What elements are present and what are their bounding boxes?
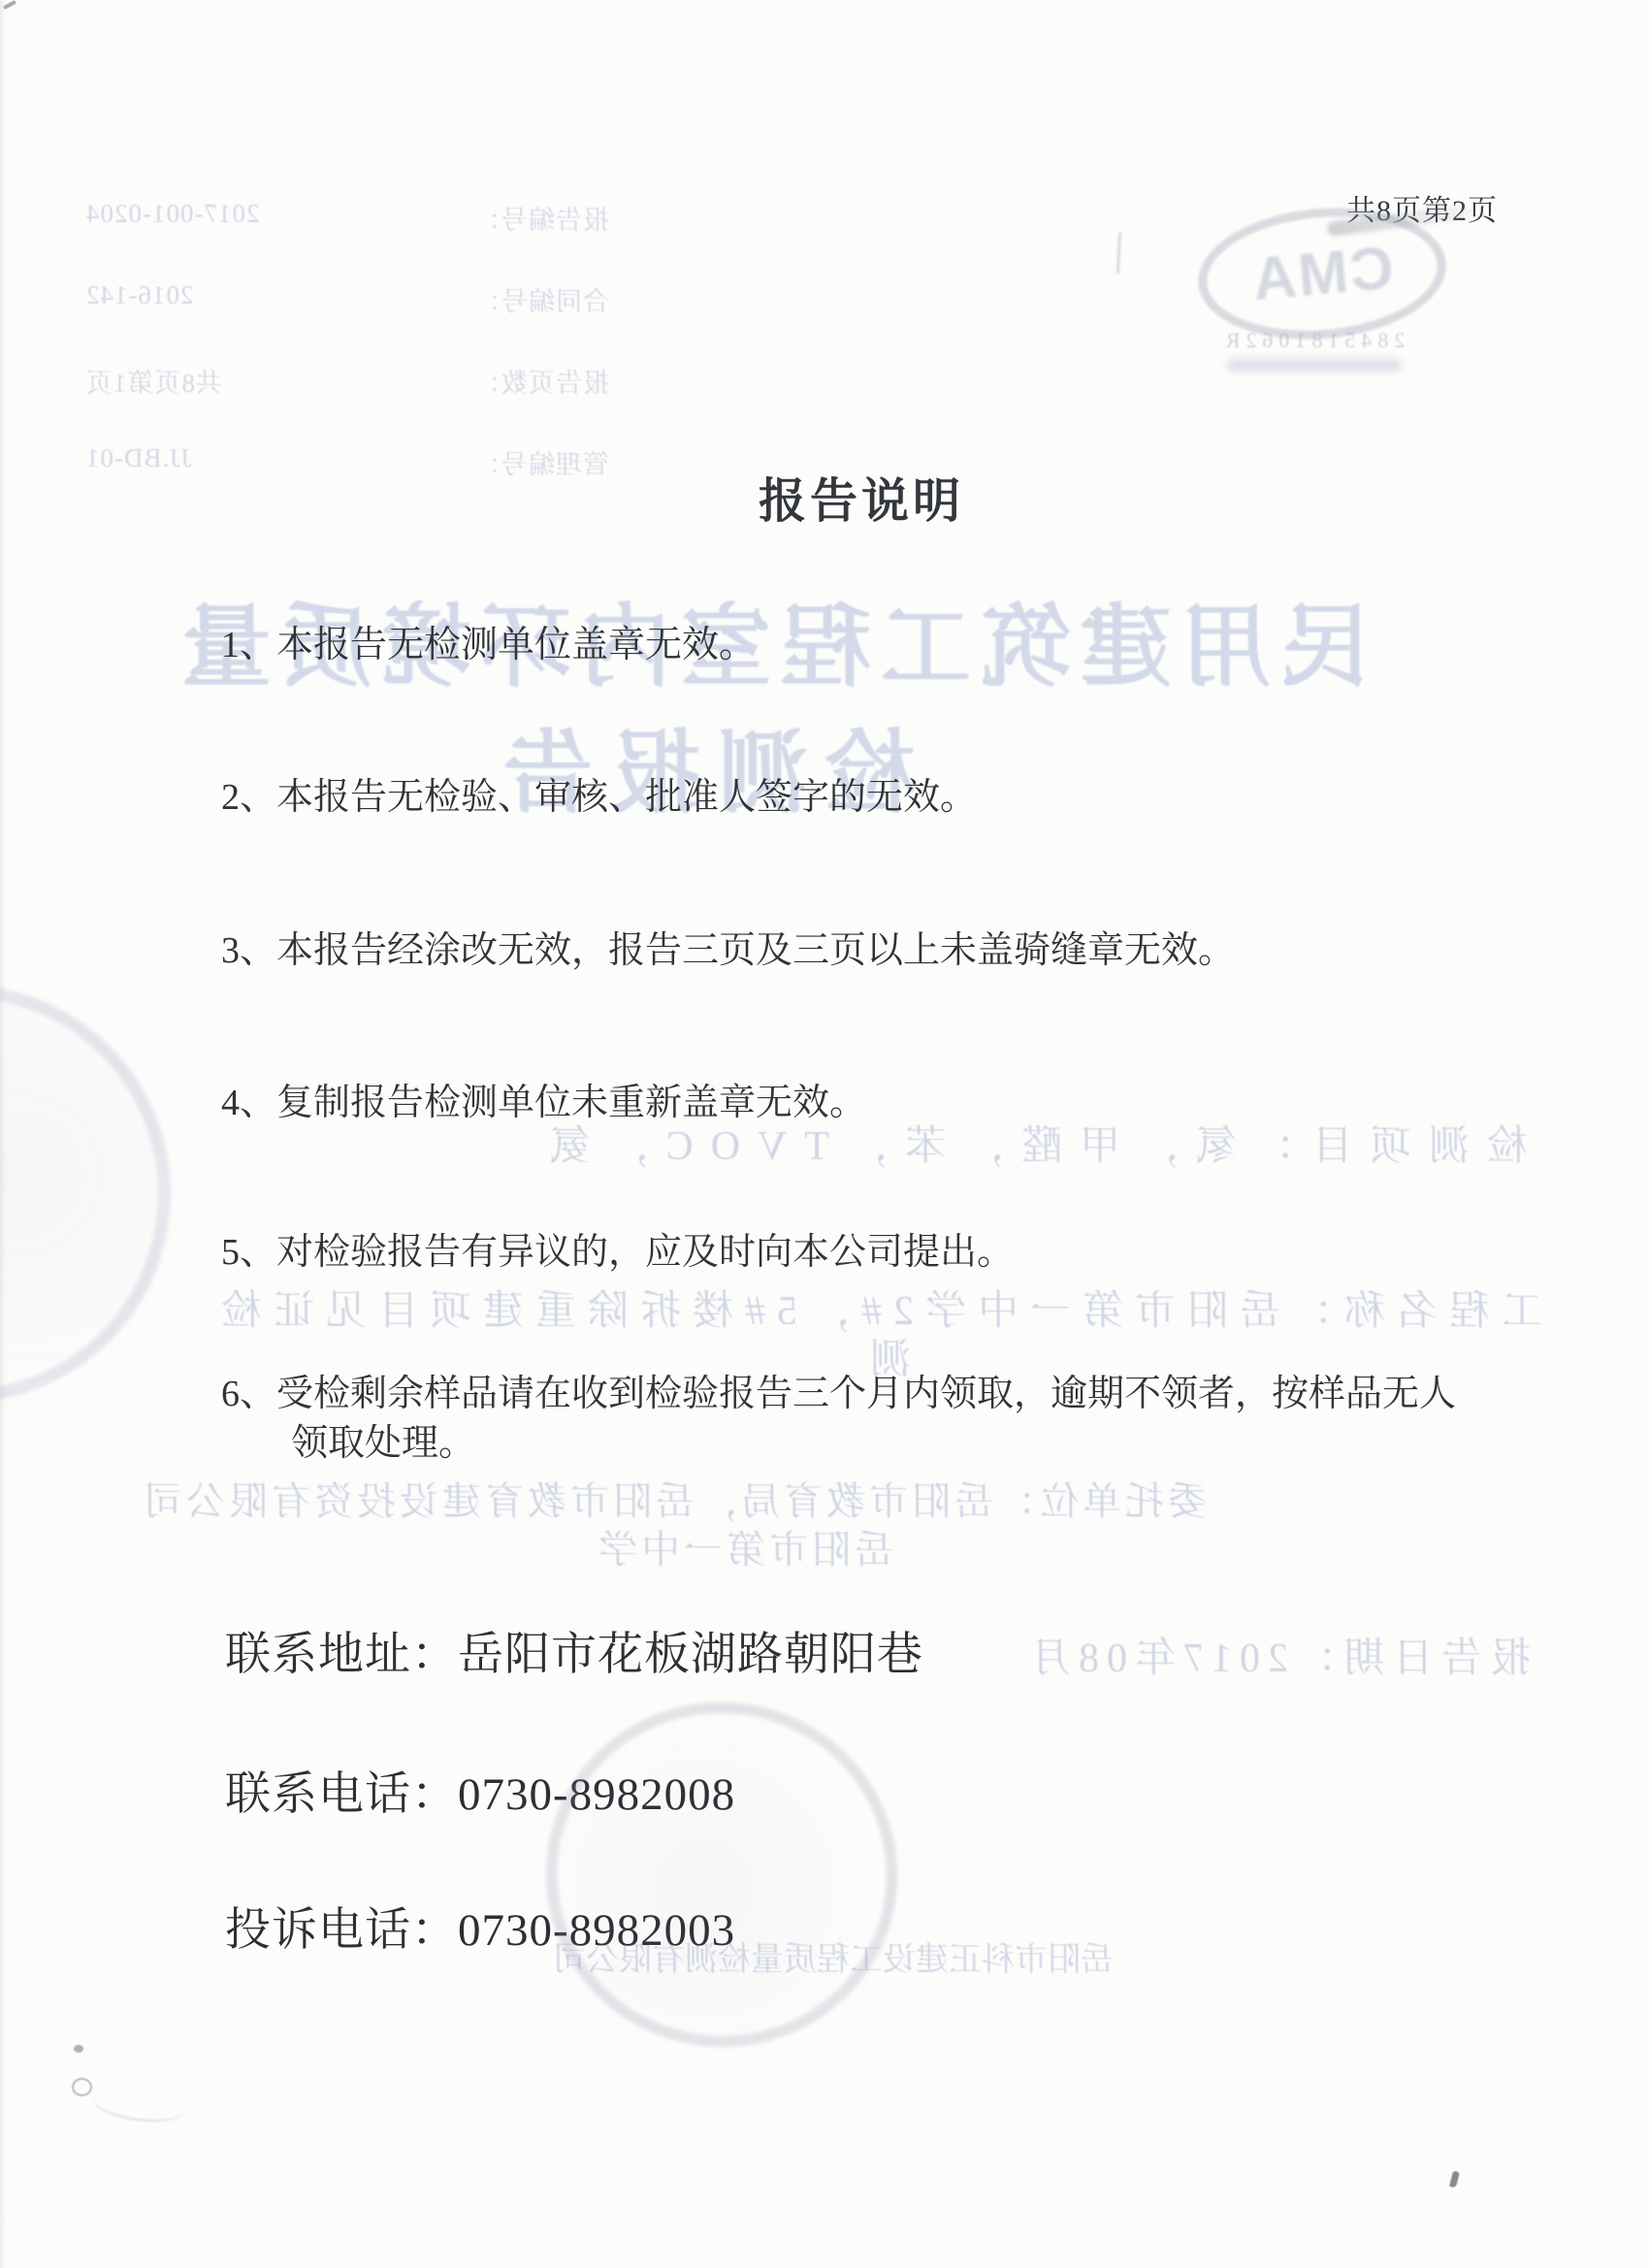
bleedthrough-admin-no: 管理编号： JJ.BD-01 xyxy=(85,443,609,474)
item-number: 2、 xyxy=(221,777,276,818)
bleed-value: 2017-001-0204 xyxy=(85,199,259,230)
round-stamp-bottom-bleedthrough xyxy=(529,1685,914,2064)
bleed-label: 报告编号： xyxy=(473,199,609,230)
ink-speck xyxy=(1449,2170,1460,2187)
bleed-value: JJ.BD-01 xyxy=(85,443,191,474)
bleed-label: 报告页数： xyxy=(473,362,609,393)
bleedthrough-project-name-line1: 工程名称：岳阳市第一中学2#，5#楼拆除重建项目见证检 xyxy=(165,1279,1542,1337)
bleedthrough-client-line2: 岳阳市第一中学 xyxy=(584,1519,904,1574)
item-number: 5、 xyxy=(221,1232,276,1273)
round-stamp-left-bleedthrough xyxy=(0,985,171,1403)
item-text: 本报告经涂改无效，报告三页及三页以上未盖骑缝章无效。 xyxy=(276,930,1235,971)
bleedthrough-page-count: 报告页数： 共8页第1页 xyxy=(85,362,609,393)
note-item-5: 5、对检验报告有异议的，应及时向本公司提出。 xyxy=(221,1228,1581,1278)
item-number: 1、 xyxy=(221,625,276,665)
item-text: 受检剩余样品请在收到检验报告三个月内领取，逾期不领者，按样品无人 xyxy=(276,1374,1456,1414)
cma-oval-icon: CMA xyxy=(1193,198,1452,349)
page-title: 报告说明 xyxy=(759,464,964,532)
cma-letters: CMA xyxy=(1248,233,1397,314)
ink-speck xyxy=(74,2045,83,2053)
contact-address: 联系地址：岳阳市花板湖路朝阳巷 xyxy=(225,1618,923,1683)
bleed-value: 共8页第1页 xyxy=(85,362,222,393)
bleed-label: 合同编号： xyxy=(473,280,609,311)
note-item-2: 2、本报告无检验、审核、批准人签字的无效。 xyxy=(221,773,1581,823)
note-item-3: 3、本报告经涂改无效，报告三页及三页以上未盖骑缝章无效。 xyxy=(221,926,1581,976)
scanned-report-page: 共8页第2页 报告编号： 2017-001-0204 合同编号： 2016-14… xyxy=(0,0,1649,2268)
cma-stamp-digits: 2845181062R xyxy=(1196,328,1429,353)
bleedthrough-header-block: 报告编号： 2017-001-0204 合同编号： 2016-142 报告页数：… xyxy=(85,199,609,525)
bleedthrough-project-name-line2: 测 xyxy=(870,1327,911,1385)
cma-stamp-bleedthrough: CMA 2845181062R xyxy=(1188,204,1450,398)
bleedthrough-report-date: 报告日期：2017年08月 xyxy=(902,1626,1531,1684)
item-number: 4、 xyxy=(221,1083,276,1123)
ink-speck xyxy=(72,2078,92,2096)
bleedthrough-contract-no: 合同编号： 2016-142 xyxy=(85,280,609,311)
bleed-value: 2016-142 xyxy=(85,280,194,311)
item-number: 3、 xyxy=(221,930,276,971)
ink-speck xyxy=(1116,233,1121,274)
bleedthrough-test-items: 检测项目：氡，甲醛，苯，TVOC，氨 xyxy=(582,1114,1528,1172)
bleedthrough-report-no: 报告编号： 2017-001-0204 xyxy=(85,199,609,230)
item-text-line2: 领取处理。 xyxy=(291,1419,1581,1469)
item-text: 本报告无检验、审核、批准人签字的无效。 xyxy=(276,777,977,818)
bleedthrough-client-line1: 委托单位：岳阳市教育局，岳阳市教育建设投资有限公司 xyxy=(132,1471,1207,1526)
item-number: 6、 xyxy=(221,1374,276,1414)
cma-stamp-smudge xyxy=(1227,359,1402,372)
item-text: 对检验报告有异议的，应及时向本公司提出。 xyxy=(276,1232,1014,1273)
item-text: 本报告无检测单位盖章无效。 xyxy=(276,625,756,665)
ink-speck xyxy=(90,2082,186,2127)
bleed-label: 管理编号： xyxy=(473,443,609,474)
note-item-1: 1、本报告无检测单位盖章无效。 xyxy=(221,621,1581,670)
